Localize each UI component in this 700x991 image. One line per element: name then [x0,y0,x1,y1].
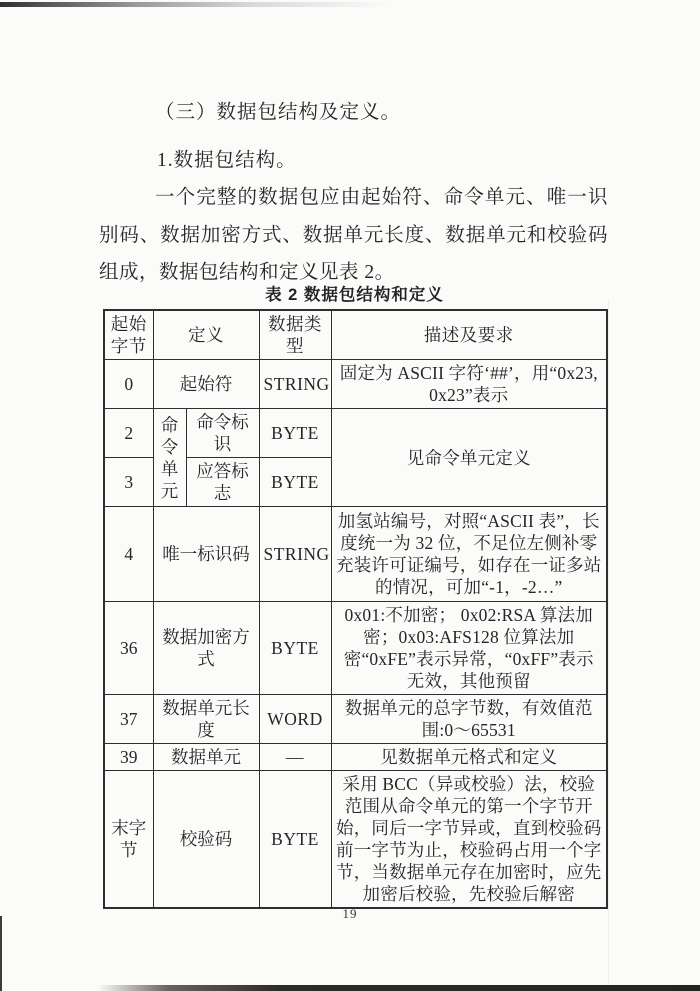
cell-type: BYTE [259,602,331,695]
cell-type: STRING [259,507,331,602]
table-title: 表 2 数据包结构和定义 [103,281,606,305]
cell-type: — [259,744,331,771]
table-row: 4 唯一标识码 STRING 加氢站编号，对照“ASCII 表”，长度统一为 3… [104,507,607,602]
cell-definition: 起始符 [153,360,259,409]
cell-definition: 应答标志 [186,458,259,507]
header-definition: 定义 [153,310,259,360]
page-number: 19 [0,906,700,922]
cell-description: 数据单元的总字节数，有效值范围:0～65531 [331,695,607,744]
cell-type: STRING [259,360,331,409]
cell-type: BYTE [259,771,331,909]
cell-type: BYTE [259,458,331,507]
cell-byte: 2 [104,409,153,458]
table-header-row: 起始字节 定义 数据类型 描述及要求 [104,310,607,360]
cell-type: WORD [259,695,331,744]
section-heading: （三）数据包结构及定义。 [155,96,401,124]
cell-description: 见数据单元格式和定义 [331,744,607,771]
cell-description: 0x01:不加密； 0x02:RSA 算法加密；0x03:AFS128 位算法加… [331,602,607,695]
scan-artifact-left-edge [0,916,2,991]
cell-definition: 校验码 [153,771,259,909]
scan-fold-line [608,300,609,991]
table-row: 0 起始符 STRING 固定为 ASCII 字符‘##’，用“0x23, 0x… [104,360,607,409]
table-row: 39 数据单元 — 见数据单元格式和定义 [104,744,607,771]
cell-byte: 36 [104,602,153,695]
cell-definition: 数据加密方式 [153,602,259,695]
cell-definition: 唯一标识码 [153,507,259,602]
body-paragraph: 一个完整的数据包应由起始符、命令单元、唯一识别码、数据加密方式、数据单元长度、数… [99,179,608,292]
cell-definition: 数据单元长度 [153,695,259,744]
table-row: 37 数据单元长度 WORD 数据单元的总字节数，有效值范围:0～65531 [104,695,607,744]
cell-type: BYTE [259,409,331,458]
scan-artifact-bottom [0,985,700,991]
cell-byte: 末字节 [104,771,153,909]
document-page: （三）数据包结构及定义。 1.数据包结构。 一个完整的数据包应由起始符、命令单元… [0,0,700,991]
cell-description: 见命令单元定义 [331,409,607,507]
table-row: 2 命令单元 命令标识 BYTE 见命令单元定义 [104,409,607,458]
cell-byte: 3 [104,458,153,507]
cell-definition: 命令标识 [186,409,259,458]
cell-definition: 数据单元 [153,744,259,771]
cell-description: 加氢站编号，对照“ASCII 表”，长度统一为 32 位，不足位左侧补零 充装许… [331,507,607,602]
packet-structure-table: 起始字节 定义 数据类型 描述及要求 0 起始符 STRING 固定为 ASCI… [103,309,608,909]
cell-byte: 37 [104,695,153,744]
table-row: 36 数据加密方式 BYTE 0x01:不加密； 0x02:RSA 算法加密；0… [104,602,607,695]
header-description: 描述及要求 [331,310,607,360]
subsection-heading: 1.数据包结构。 [157,144,297,172]
table-row: 末字节 校验码 BYTE 采用 BCC（异或校验）法，校验范围从命令单元的第一个… [104,771,607,909]
cell-group-command-unit: 命令单元 [153,409,186,507]
header-start-byte: 起始字节 [104,310,153,360]
cell-description: 固定为 ASCII 字符‘##’，用“0x23, 0x23”表示 [331,360,607,409]
cell-description: 采用 BCC（异或校验）法，校验范围从命令单元的第一个字节开始，同后一字节异或，… [331,771,607,909]
scan-artifact-top [0,2,460,7]
cell-byte: 0 [104,360,153,409]
cell-byte: 39 [104,744,153,771]
header-data-type: 数据类型 [259,310,331,360]
cell-byte: 4 [104,507,153,602]
